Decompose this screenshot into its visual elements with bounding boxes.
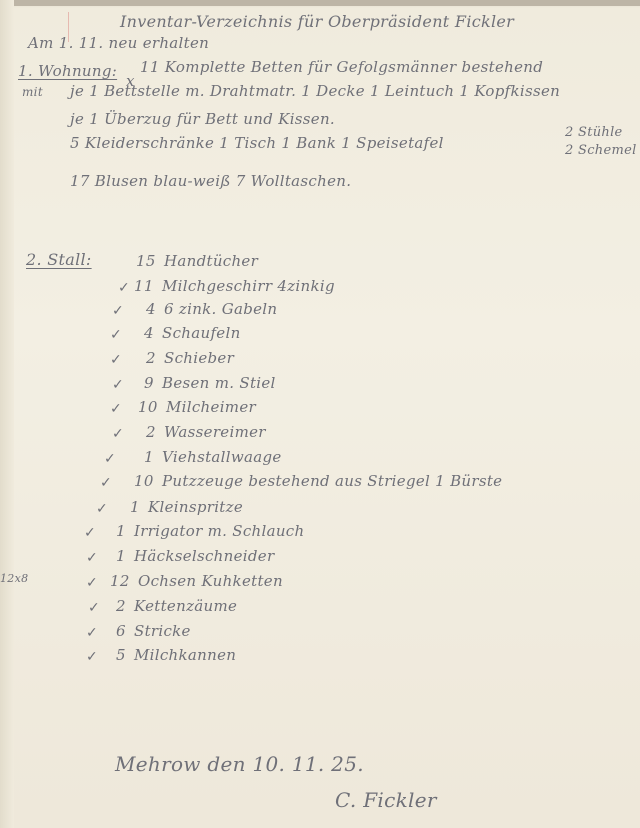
margin-note: 12x8 [0,572,28,585]
checkmark-icon: ✓ [104,451,116,467]
item-quantity: 6 [116,622,126,640]
wohnung-line-2: je 1 Bettstelle m. Drahtmatr. 1 Decke 1 … [70,82,560,100]
checkmark-icon: ✓ [112,377,124,393]
right-note-stuehle: 2 Stühle [565,125,623,140]
checkmark-icon: ✓ [88,600,100,616]
item-quantity: 9 [144,374,154,392]
checkmark-icon: ✓ [86,550,98,566]
item-name: Putzzeuge bestehend aus Striegel 1 Bürst… [162,472,502,490]
item-name: Milcheimer [166,398,256,416]
wohnung-line-5: 17 Blusen blau-weiß 7 Wolltaschen. [70,172,351,190]
checkmark-icon: ✓ [110,327,122,343]
item-name: Viehstallwaage [162,448,282,466]
checkmark-icon: ✓ [86,649,98,665]
checkmark-icon: ✓ [110,401,122,417]
item-name: Kettenzäume [134,597,237,615]
item-name: Milchkannen [134,646,236,664]
paper-edge [0,0,640,6]
item-name: Kleinspritze [148,498,243,516]
item-name: Häckselschneider [134,547,274,565]
wohnung-line-3: je 1 Überzug für Bett und Kissen. [70,110,335,128]
item-quantity: 2 [146,423,156,441]
date-line: Am 1. 11. neu erhalten [28,34,209,52]
item-quantity: 12 [110,572,130,590]
item-name: Milchgeschirr 4zinkig [162,277,335,295]
item-quantity: 1 [130,498,140,516]
item-quantity: 5 [116,646,126,664]
wohnung-line-1: 11 Komplette Betten für Gefolgsmänner be… [140,58,543,76]
item-name: Ochsen Kuhketten [138,572,283,590]
checkmark-icon: ✓ [110,352,122,368]
checkmark-icon: ✓ [100,475,112,491]
item-name: Besen m. Stiel [162,374,276,392]
left-note-mit: mit [22,85,43,99]
item-name: Schaufeln [162,324,241,342]
item-quantity: 15 [136,252,156,270]
paper-fold [0,0,14,828]
item-quantity: 1 [116,522,126,540]
item-name: 6 zink. Gabeln [164,300,277,318]
item-name: Handtücher [164,252,258,270]
item-name: Schieber [164,349,234,367]
right-note-schemel: 2 Schemel [565,143,637,158]
checkmark-icon: ✓ [86,575,98,591]
document-page: Inventar-Verzeichnis für Oberpräsident F… [0,0,640,828]
item-name: Irrigator m. Schlauch [134,522,304,540]
item-name: Wassereimer [164,423,266,441]
place-date: Mehrow den 10. 11. 25. [115,752,364,776]
section-label-wohnung: 1. Wohnung: [18,62,117,80]
item-quantity: 2 [116,597,126,615]
item-quantity: 10 [138,398,158,416]
checkmark-icon: ✓ [118,280,130,296]
signature: C. Fickler [335,788,437,812]
checkmark-icon: ✓ [112,303,124,319]
wohnung-line-4: 5 Kleiderschränke 1 Tisch 1 Bank 1 Speis… [70,134,444,152]
checkmark-icon: ✓ [112,426,124,442]
checkmark-icon: ✓ [86,625,98,641]
item-quantity: 10 [134,472,154,490]
item-quantity: 2 [146,349,156,367]
item-name: Stricke [134,622,191,640]
section-label-stall: 2. Stall: [26,250,92,269]
item-quantity: 1 [116,547,126,565]
checkmark-icon: ✓ [96,501,108,517]
item-quantity: 4 [146,300,156,318]
document-title: Inventar-Verzeichnis für Oberpräsident F… [120,12,514,31]
item-quantity: 4 [144,324,154,342]
checkmark-icon: ✓ [84,525,96,541]
item-quantity: 11 [134,277,154,295]
item-quantity: 1 [144,448,154,466]
